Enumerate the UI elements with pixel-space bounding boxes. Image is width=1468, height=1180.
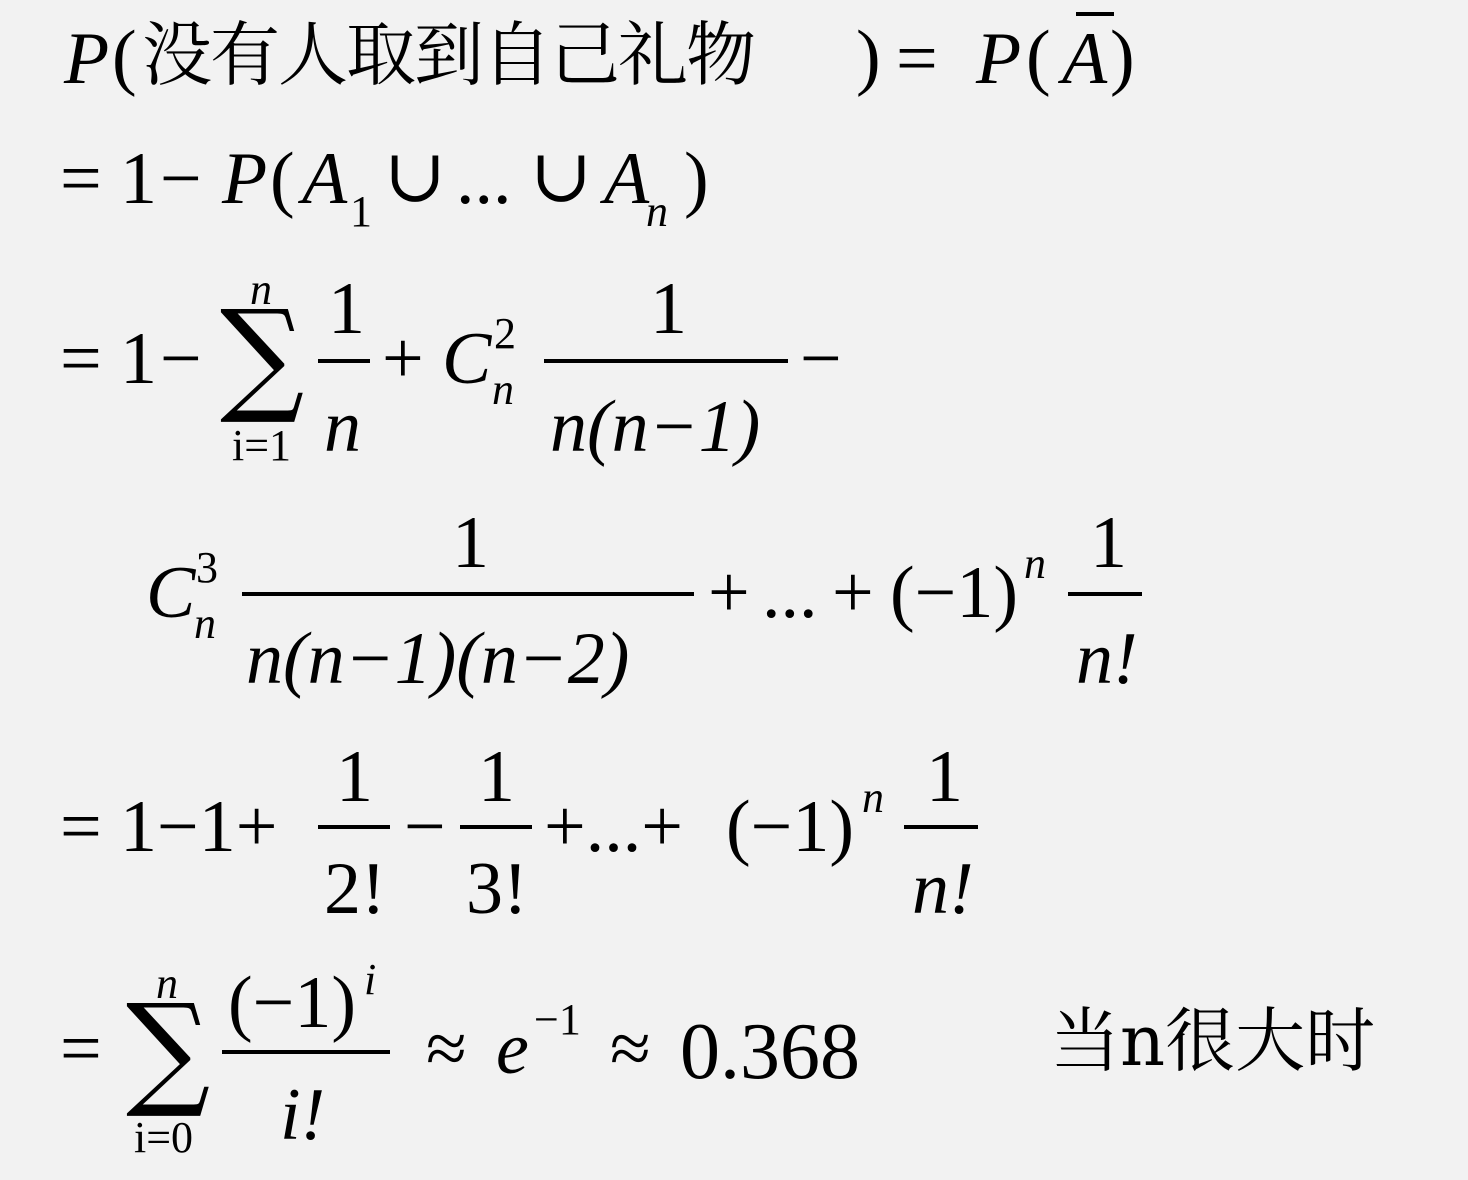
fraction-denominator: n(n−1) bbox=[550, 390, 760, 464]
number-one: 1 bbox=[120, 322, 157, 396]
negative-one-power: (−1) bbox=[726, 790, 854, 864]
expression: 1−1+ bbox=[120, 790, 277, 864]
fraction-bar bbox=[904, 825, 978, 829]
minus-sign: − bbox=[160, 142, 202, 216]
plus-sign: + bbox=[832, 556, 874, 630]
fraction-bar bbox=[222, 1050, 390, 1054]
open-paren: ( bbox=[270, 142, 295, 216]
close-paren: ) bbox=[1110, 20, 1135, 94]
fraction-denominator: i! bbox=[280, 1078, 325, 1152]
summation-symbol: ∑ bbox=[220, 293, 304, 417]
event-An: A bbox=[604, 142, 649, 216]
close-paren: ) bbox=[684, 142, 709, 216]
sum-lower-limit: i=0 bbox=[134, 1116, 193, 1160]
fraction-bar bbox=[318, 825, 390, 829]
subscript-1: 1 bbox=[350, 190, 372, 234]
euler-e: e bbox=[496, 1012, 529, 1086]
equals-sign: = bbox=[60, 142, 102, 216]
result-value: 0.368 bbox=[680, 1012, 860, 1092]
fraction-bar bbox=[1068, 592, 1142, 596]
negative-one-power: (−1) bbox=[890, 556, 1018, 630]
approx-sign: ≈ bbox=[426, 1012, 467, 1086]
equals-sign: = bbox=[60, 790, 102, 864]
union-symbol: ∪ bbox=[384, 140, 446, 214]
fraction-numerator: 1 bbox=[650, 272, 687, 346]
equals-sign: = bbox=[60, 322, 102, 396]
summation-symbol: ∑ bbox=[126, 987, 210, 1111]
condition-note: 当n很大时 bbox=[1050, 1006, 1375, 1076]
plus-dots-plus: +...+ bbox=[544, 790, 683, 864]
fraction-numerator: (−1) bbox=[228, 966, 356, 1040]
fraction-numerator: 1 bbox=[336, 740, 373, 814]
ellipsis: ... bbox=[456, 142, 512, 216]
combination-superscript: 3 bbox=[196, 546, 218, 590]
minus-sign: − bbox=[404, 790, 446, 864]
fraction-numerator: 1 bbox=[452, 506, 489, 580]
minus-sign: − bbox=[800, 322, 842, 396]
prob-P: P bbox=[976, 22, 1021, 96]
prob-P: P bbox=[222, 142, 267, 216]
combination-C: C bbox=[146, 556, 195, 630]
plus-sign: + bbox=[382, 322, 424, 396]
ellipsis: ... bbox=[762, 556, 818, 630]
equals-sign: = bbox=[60, 1012, 102, 1086]
prob-P: P bbox=[64, 22, 109, 96]
combination-subscript: n bbox=[194, 602, 216, 646]
subscript-n: n bbox=[646, 190, 668, 234]
fraction-bar bbox=[460, 825, 532, 829]
plus-sign: + bbox=[708, 556, 750, 630]
fraction-bar bbox=[318, 359, 370, 363]
number-one: 1 bbox=[120, 142, 157, 216]
fraction-bar bbox=[544, 359, 788, 363]
power-exponent: n bbox=[1024, 542, 1046, 586]
minus-sign: − bbox=[160, 322, 202, 396]
fraction-numerator: 1 bbox=[478, 740, 515, 814]
fraction-denominator: 3! bbox=[466, 852, 528, 926]
combination-C: C bbox=[442, 322, 491, 396]
event-A: A bbox=[1062, 22, 1107, 96]
equals-sign: = bbox=[896, 22, 938, 96]
fraction-denominator: n! bbox=[912, 852, 974, 926]
open-paren: ( bbox=[112, 20, 137, 94]
sum-lower-limit: i=1 bbox=[232, 424, 291, 468]
power-exponent: i bbox=[364, 958, 376, 1002]
approx-sign: ≈ bbox=[610, 1012, 651, 1086]
fraction-bar bbox=[242, 592, 694, 596]
fraction-numerator: 1 bbox=[926, 740, 963, 814]
power-exponent: n bbox=[862, 776, 884, 820]
fraction-denominator: n(n−1)(n−2) bbox=[246, 622, 629, 696]
close-paren: ) bbox=[856, 20, 881, 94]
fraction-denominator: n bbox=[324, 390, 361, 464]
fraction-denominator: n! bbox=[1076, 622, 1138, 696]
fraction-numerator: 1 bbox=[1090, 506, 1127, 580]
complement-bar bbox=[1076, 12, 1114, 16]
event-A1: A bbox=[302, 142, 347, 216]
union-symbol: ∪ bbox=[530, 140, 592, 214]
fraction-numerator: 1 bbox=[328, 272, 365, 346]
fraction-denominator: 2! bbox=[324, 852, 386, 926]
exponent-neg-one: −1 bbox=[534, 998, 581, 1042]
combination-subscript: n bbox=[492, 368, 514, 412]
event-description: 没有人取到自己礼物 bbox=[142, 20, 754, 90]
combination-superscript: 2 bbox=[494, 312, 516, 356]
open-paren: ( bbox=[1026, 20, 1051, 94]
